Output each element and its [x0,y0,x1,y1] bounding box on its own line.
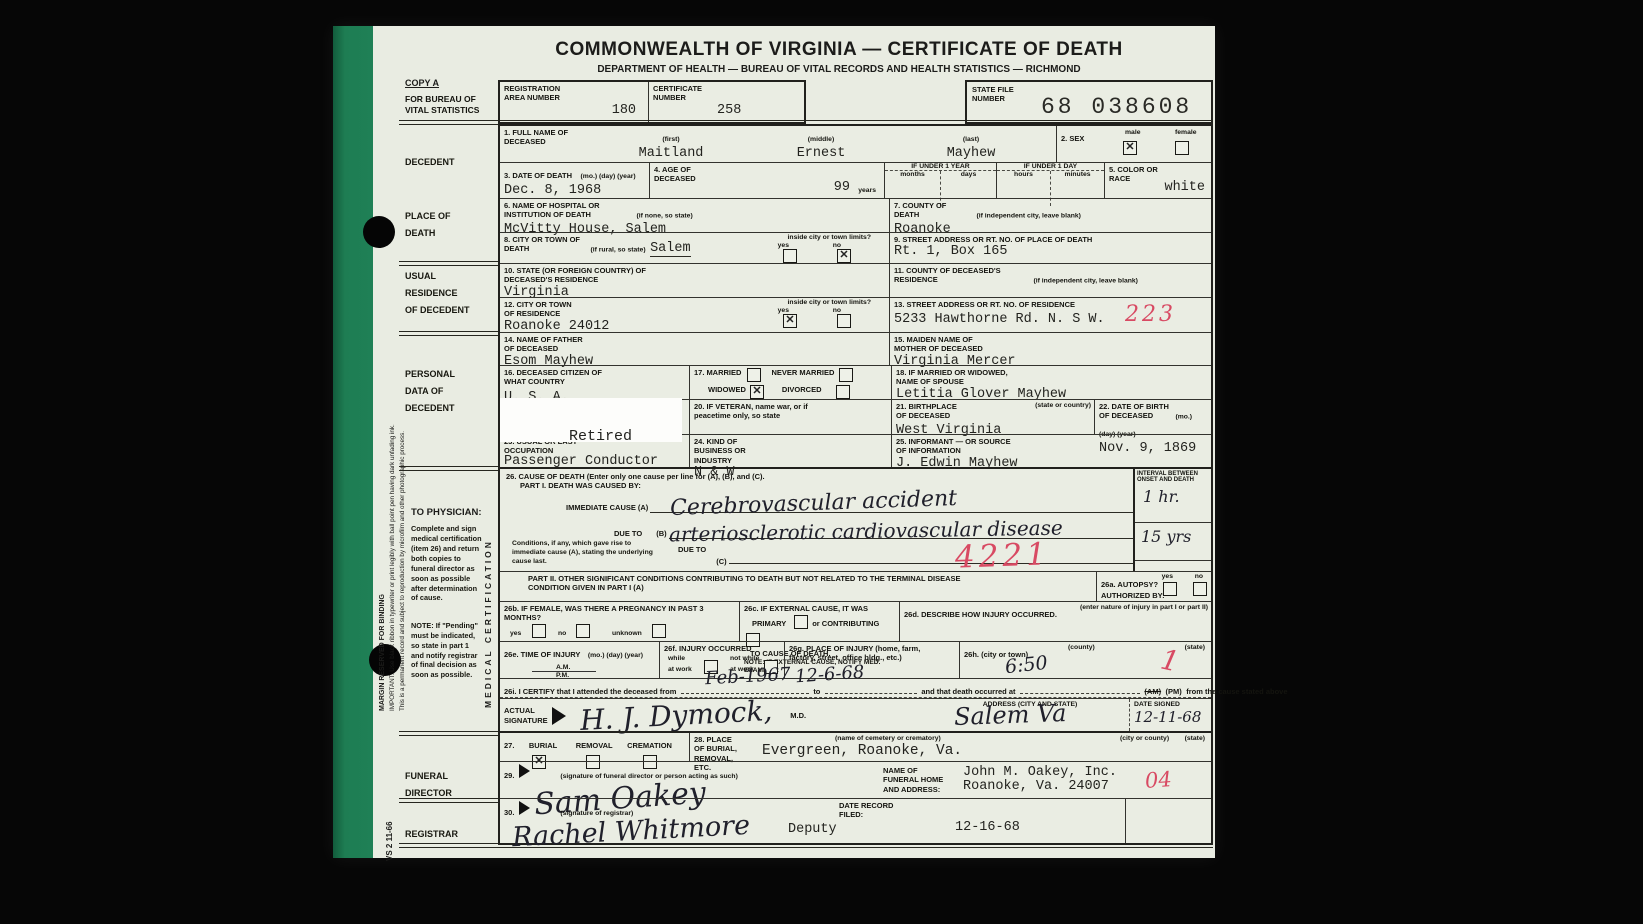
checkbox-pregnancy-unknown [652,624,666,638]
burial-label: BURIAL [529,741,557,750]
signature-arrow-icon [552,707,566,725]
conditions-note: Conditions, if any, which gave rise to i… [512,539,662,567]
field24-label: 24. KIND OF BUSINESS OR INDUSTRY [694,437,769,465]
side-label-decedent: DECEDENT [405,154,455,171]
side-label-place-of-death-2: DEATH [405,228,435,238]
autopsy-no-label: no [1195,573,1203,580]
field15-label: 15. MAIDEN NAME OF MOTHER OF DECEASED [894,335,984,354]
field11-label: 11. COUNTY OF DECEASED'S RESIDENCE [894,266,1029,285]
field12-label: 12. CITY OR TOWN OF RESIDENCE [504,300,574,319]
field6-label: 6. NAME OF HOSPITAL OR INSTITUTION OF DE… [504,201,632,220]
pregnancy-yes-label: yes [510,630,521,637]
cemetery-hint: (name of cemetery or crematory) [835,735,941,742]
side-label-usual-1: USUAL [405,271,436,281]
middle-name-value: Ernest [746,146,896,161]
field1-label: 1. FULL NAME OF DECEASED [504,128,596,161]
field29-label: 29. [504,771,514,780]
checkbox-female [1175,141,1189,155]
field21-label: 21. BIRTHPLACE OF DECEASED [896,402,966,421]
male-label: male [1125,129,1141,136]
to-physician-body: Complete and sign medical certification … [411,524,483,603]
field7-hint: (if independent city, leave blank) [976,212,1081,219]
field26f-label: 26f. INJURY OCCURRED [664,644,781,653]
field25-label: 25. INFORMANT — OR SOURCE OF INFORMATION [896,437,1016,456]
checkbox-res-limits-no [837,314,851,328]
pm-label-26i: (PM) [1166,687,1182,696]
first-name-value: Maitland [596,146,746,161]
side-label-usual-3: OF DECEDENT [405,305,470,315]
certificate-form: 1. FULL NAME OF DECEASED (first)Maitland… [498,124,1213,845]
field26e-hint: (mo.) (day) (year) [588,652,643,659]
county-hint: (county) [1068,644,1095,651]
checkbox-divorced [836,385,850,399]
street-of-death-value: Rt. 1, Box 165 [894,244,1208,259]
death-time-handwriting: 6:50 [1004,652,1049,678]
field4-label: 4. AGE OF DECEASED [654,165,714,184]
copy-for-line1: FOR BUREAU OF [405,94,479,105]
age-unit: years [858,187,876,194]
md-label: M.D. [790,711,806,720]
checkbox-autopsy-no [1193,582,1207,596]
field28-label-2: OF BURIAL, [694,744,737,753]
checkbox-limits-no-checked [837,249,851,263]
certificate-number-value: 258 [717,103,741,118]
funeral-home-label: NAME OF FUNERAL HOME AND ADDRESS: [883,766,953,794]
checkbox-widowed-checked [750,385,764,399]
side-label-registrar: REGISTRAR [405,826,458,843]
middle-hint: (middle) [808,136,834,143]
checkbox-limits-yes [783,249,797,263]
interval-b-value: 15 yrs [1141,527,1191,546]
certificate-subtitle: DEPARTMENT OF HEALTH — BUREAU OF VITAL R… [483,64,1195,75]
field8-limits-label: inside city or town limits? [788,234,871,241]
field10-label: 10. STATE (OR FOREIGN COUNTRY) OF DECEAS… [504,266,684,285]
side-label-personal-3: DECEDENT [405,403,455,413]
not-while-label: not while [730,655,759,662]
part2-label: PART II. OTHER SIGNIFICANT CONDITIONS CO… [528,574,998,593]
binding-important-text: IMPORTANT: Use black ribbon in typewrite… [389,281,396,711]
field8-label: 8. CITY OR TOWN OF DEATH [504,235,586,254]
field14-label: 14. NAME OF FATHER OF DECEASED [504,335,584,354]
field26d-label: 26d. DESCRIBE HOW INJURY OCCURRED. [904,610,1057,619]
side-label-funeral-1: FUNERAL [405,771,448,781]
field12-limits-label: inside city or town limits? [788,299,871,306]
immediate-cause-label: IMMEDIATE CAUSE [566,503,636,512]
field17-label: 17. [694,368,704,377]
widowed-label: WIDOWED [708,385,746,394]
certificate-title: COMMONWEALTH OF VIRGINIA — CERTIFICATE O… [483,39,1195,61]
am-label: A.M. [556,664,656,671]
certify-occurred-label: and that death occurred at [921,687,1015,696]
checkbox-pregnancy-no [576,624,590,638]
funeral-signature-arrow-icon [519,764,530,778]
form-number: VS 2 11-66 [385,771,394,861]
city-of-death-value: Salem [650,241,691,257]
field16-label: 16. DECEASED CITIZEN OF WHAT COUNTRY [504,368,609,387]
certificate-number-label: CERTIFICATE NUMBER [653,84,708,103]
date-filed-label: DATE RECORD FILED: [839,801,899,820]
copy-for-line2: VITAL STATISTICS [405,105,479,116]
divorced-label: DIVORCED [782,385,822,394]
side-label-usual-2: RESIDENCE [405,288,458,298]
field26-label: 26. CAUSE OF DEATH (Enter only one cause… [506,472,1133,481]
binding-margin-text: MARGIN RESERVED FOR BINDING [379,281,386,711]
checkbox-male-checked [1123,141,1137,155]
state-hint-28: (state) [1185,735,1205,742]
field11-hint: (if independent city, leave blank) [1033,277,1138,284]
field28-label-1: 28. PLACE [694,735,732,744]
city-county-hint: (city or county) [1120,735,1169,742]
residence-street-value: 5233 Hawthorne Rd. N. S W. [894,312,1105,327]
pregnancy-unknown-label: unknown [612,630,642,637]
to-physician-title: TO PHYSICIAN: [411,508,483,518]
registrar-signature-arrow-icon [519,801,530,815]
field26b-label: 26b. IF FEMALE, WAS THERE A PREGNANCY IN… [504,604,704,623]
due-to-b-label: DUE TO [614,529,642,538]
under-1-year-label: IF UNDER 1 YEAR [885,163,996,171]
field7-label: 7. COUNTY OF DEATH [894,201,972,220]
registration-area-label: REGISTRATION AREA NUMBER [504,84,566,103]
checkbox-autopsy-yes [1163,582,1177,596]
field26g-label: 26g. PLACE OF INJURY (home, farm, factor… [789,644,939,663]
am-strike-label: (AM) [1144,687,1161,696]
certify-tail-label: from the cause stated above [1186,687,1287,696]
field8-hint: (if rural, so state) [590,246,645,253]
date-signed-label: DATE SIGNED [1134,701,1208,708]
cremation-label: CREMATION [627,741,672,750]
registration-area-value: 180 [612,103,636,118]
field3-label: 3. DATE OF DEATH [504,171,572,180]
state-hint: (state) [1185,644,1205,651]
field26i-label: 26i. I CERTIFY that I attended the decea… [504,687,676,696]
photo-background: { "header": { "title": "COMMONWEALTH OF … [0,0,1643,924]
married-label: MARRIED [706,368,741,377]
side-label-personal-1: PERSONAL [405,369,455,379]
date-filed-value: 12-16-68 [955,820,1020,835]
binding-green-strip [333,26,373,858]
physician-address-handwriting: Salem Va [954,699,1067,731]
date-signed-handwriting: 12-11-68 [1134,708,1208,726]
field26d-hint: (enter nature of injury in part I or par… [1080,604,1208,611]
registrar-deputy-label: Deputy [788,822,837,837]
copy-label: COPY A [405,78,479,88]
pregnancy-no-label: no [558,630,566,637]
binding-permanent-text: This is a permanent record and subject t… [399,281,406,711]
field26e-label: 26e. TIME OF INJURY [504,650,580,659]
medical-certification-vertical-label: MEDICAL CERTIFICATION [483,478,493,708]
funeral-annotation-red: 04 [1144,767,1172,793]
interval-header-2: ONSET AND DEATH [1137,477,1194,483]
checkbox-pregnancy-yes [532,624,546,638]
field22-label: 22. DATE OF BIRTH OF DECEASED [1099,402,1171,421]
death-certificate-sheet: MARGIN RESERVED FOR BINDING IMPORTANT: U… [333,26,1215,858]
never-married-label: NEVER MARRIED [771,368,834,377]
authorized-by-label: AUTHORIZED BY: [1101,591,1165,600]
certify-to-label: to [813,687,820,696]
registrar-signature: Rachel Whitmore [511,810,750,853]
actual-label: ACTUAL [504,706,535,715]
checkbox-primary [794,615,808,629]
race-value: white [1164,180,1205,195]
checkbox-res-limits-yes-checked [783,314,797,328]
part1-label: PART I. DEATH WAS CAUSED BY: [520,481,1133,490]
field3-hint: (mo.) (day) (year) [581,173,636,180]
field21-hint: (state or country) [1035,402,1091,409]
field26c-label: 26c. IF EXTERNAL CAUSE, IT WAS [744,604,896,613]
street-annotation-red: 223 [1125,302,1176,327]
occupation-retired-value: Retired [569,428,632,445]
field5-label: 5. COLOR OR RACE [1109,165,1159,184]
removal-label: REMOVAL [576,741,613,750]
field6-hint: (if none, so state) [636,212,692,219]
field2-label: 2. SEX [1061,134,1084,143]
cause-a-label: (A) [638,503,648,512]
funeral-home-city: Roanoke, Va. 24007 [963,779,1109,794]
field18-label: 18. IF MARRIED OR WIDOWED, NAME OF SPOUS… [896,368,1026,387]
female-label: female [1175,129,1197,136]
cause-code-annotation-red: 4221 [954,536,1050,575]
checkbox-married [747,368,761,382]
while-at-work-label: at work [668,666,692,673]
under-1-day-label: IF UNDER 1 DAY [997,163,1104,171]
physician-note: NOTE: If "Pending" must be indicated, so… [411,621,483,680]
last-hint: (last) [963,136,979,143]
side-label-personal-2: DATA OF [405,386,443,396]
cause-b-label: (B) [656,529,666,538]
interval-a-value: 1 hr. [1143,487,1180,506]
punch-hole-top [363,216,395,248]
while-label: while [668,655,685,662]
autopsy-yes-label: yes [1162,573,1173,580]
side-label-funeral-2: DIRECTOR [405,788,452,798]
state-file-label: STATE FILE NUMBER [972,85,1022,104]
state-file-value: 68 038608 [1041,94,1192,120]
attended-from-handwriting: Feb-1967 [705,664,792,689]
date-of-death-value: Dec. 8, 1968 [504,183,646,198]
field27-label: 27. [504,741,514,750]
first-hint: (first) [662,136,679,143]
field26a-label: 26a. AUTOPSY? [1101,580,1158,589]
field8-yes-label: yes [778,242,789,249]
funeral-home-name: John M. Oakey, Inc. [963,765,1117,780]
cause-c-label: (C) [716,557,726,566]
last-name-value: Mayhew [896,146,1046,161]
field12-no-label: no [833,307,841,314]
side-label-place-of-death-1: PLACE OF [405,211,451,221]
contributing-label: or CONTRIBUTING [812,619,879,628]
signature-label: SIGNATURE [504,716,548,725]
primary-label: PRIMARY [752,619,786,628]
field20-label: 20. IF VETERAN, name war, or if peacetim… [694,402,844,421]
checkbox-never-married [839,368,853,382]
field30-label: 30. [504,808,514,817]
field9-label: 9. STREET ADDRESS OR RT. NO. OF PLACE OF… [894,235,1208,244]
age-value: 99 [834,180,850,195]
place-of-burial-value: Evergreen, Roanoke, Va. [762,743,962,759]
